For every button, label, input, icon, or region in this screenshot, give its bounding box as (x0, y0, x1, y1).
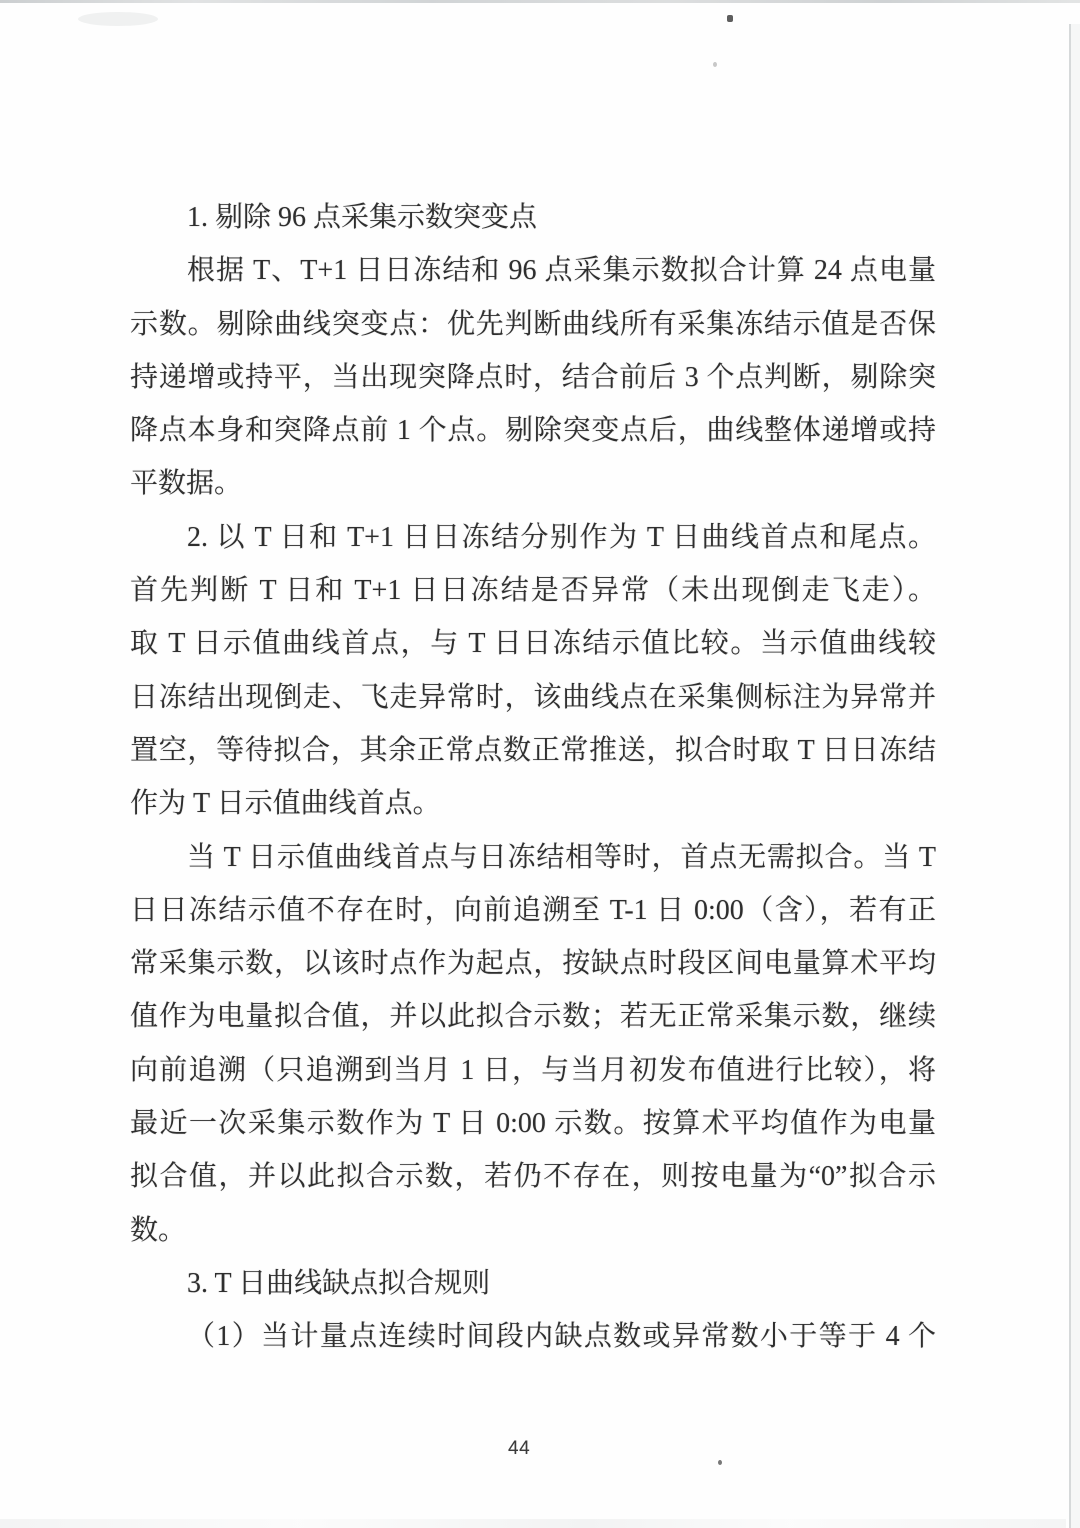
scan-speck (718, 1460, 722, 1465)
text-line: 置空，等待拟合，其余正常点数正常推送，拟合时取 T 日日冻结 (130, 724, 936, 777)
list-item-1-heading: 1. 剔除 96 点采集示数突变点 (130, 191, 936, 244)
text-line: 持递增或持平，当出现突降点时，结合前后 3 个点判断，剔除突 (130, 351, 936, 404)
scanned-document-page: 1. 剔除 96 点采集示数突变点 根据 T、T+1 日日冻结和 96 点采集示… (0, 0, 1080, 1528)
text-line: 值作为电量拟合值，并以此拟合示数；若无正常采集示数，继续 (130, 990, 936, 1043)
scan-top-edge (0, 0, 1080, 3)
section-3-heading: 3. T 日曲线缺点拟合规则 (130, 1257, 936, 1310)
text-line: 拟合值，并以此拟合示数，若仍不存在，则按电量为“0”拟合示 (130, 1150, 936, 1203)
document-text-block: 1. 剔除 96 点采集示数突变点 根据 T、T+1 日日冻结和 96 点采集示… (130, 191, 936, 1364)
text-line: 作为 T 日示值曲线首点。 (130, 777, 936, 830)
page-number: 44 (508, 1438, 530, 1460)
text-line: 数。 (130, 1204, 936, 1257)
scan-smudge (78, 12, 158, 26)
text-line: 取 T 日示值曲线首点，与 T 日日冻结示值比较。当示值曲线较 (130, 617, 936, 670)
text-line: 示数。剔除曲线突变点：优先判断曲线所有采集冻结示值是否保 (130, 298, 936, 351)
text-line: 根据 T、T+1 日日冻结和 96 点采集示数拟合计算 24 点电量 (130, 244, 936, 297)
scan-speck (727, 15, 733, 22)
text-line: 日日冻结示值不存在时，向前追溯至 T-1 日 0:00（含），若有正 (130, 884, 936, 937)
text-line: 常采集示数，以该时点作为起点，按缺点时段区间电量算术平均 (130, 937, 936, 990)
scan-right-edge-line (1069, 24, 1071, 1528)
scan-speck (713, 62, 717, 67)
text-line: 降点本身和突降点前 1 个点。剔除突变点后，曲线整体递增或持 (130, 404, 936, 457)
text-line: 向前追溯（只追溯到当月 1 日，与当月初发布值进行比较），将 (130, 1044, 936, 1097)
text-line: 平数据。 (130, 457, 936, 510)
text-line: 日冻结出现倒走、飞走异常时，该曲线点在采集侧标注为异常并 (130, 671, 936, 724)
text-line: 最近一次采集示数作为 T 日 0:00 示数。按算术平均值作为电量 (130, 1097, 936, 1150)
scan-bottom-smudge (0, 1519, 1066, 1528)
text-line: 当 T 日示值曲线首点与日冻结相等时，首点无需拟合。当 T (130, 831, 936, 884)
text-line: 首先判断 T 日和 T+1 日日冻结是否异常（未出现倒走飞走）。 (130, 564, 936, 617)
sub-item-1-line: （1）当计量点连续时间段内缺点数或异常数小于等于 4 个 (130, 1310, 936, 1363)
list-item-2-heading: 2. 以 T 日和 T+1 日日冻结分别作为 T 日曲线首点和尾点。 (130, 511, 936, 564)
scan-right-margin (1070, 24, 1080, 1528)
